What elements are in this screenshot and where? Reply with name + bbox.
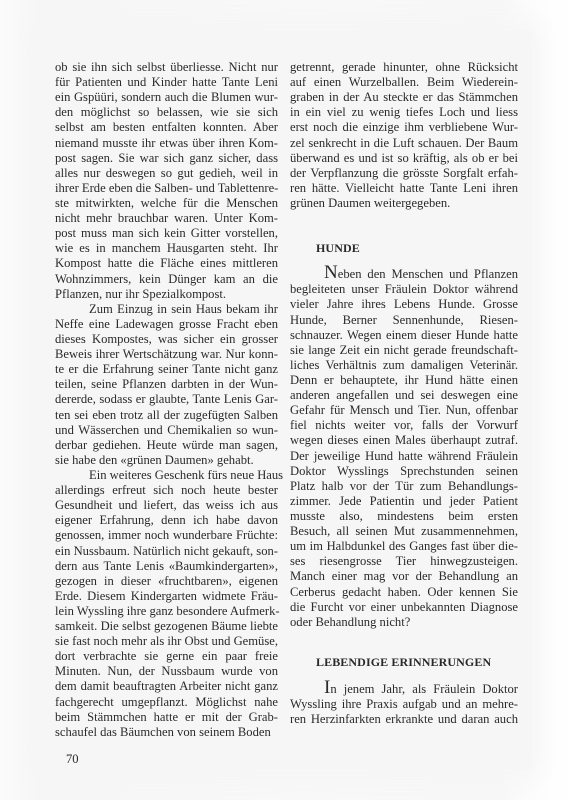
paragraph-line: dem damit beauftragten Arbeiter nicht ga… bbox=[55, 679, 278, 694]
paragraph-line: Wyssling ihre Praxis aufgab und an mehre… bbox=[290, 697, 518, 712]
paragraph-line: ein Gspüüri, sondern auch die Blumen wur… bbox=[55, 90, 278, 105]
book-page: ob sie ihn sich selbst überliesse. Nicht… bbox=[0, 0, 574, 800]
paragraph-line: liches Verhältnis zum damaligen Veterinä… bbox=[290, 358, 518, 373]
paragraph-line: ob sie ihn sich selbst überliesse. Nicht… bbox=[55, 60, 278, 75]
paragraph-line: Ein weiteres Geschenk fürs neue Haus bbox=[55, 468, 278, 483]
paragraph-line: samkeit. Die selbst gezogenen Bäume lieb… bbox=[55, 619, 278, 634]
paragraph-line: gezogen in dieser «fruchtbaren», eigenen bbox=[55, 574, 278, 589]
paragraph-line: ein Nussbaum. Natürlich nicht gekauft, s… bbox=[55, 544, 278, 559]
paragraph-line: teilen, seine Pflanzen darbten in der Wu… bbox=[55, 377, 278, 392]
paragraph-line: auf einen Wurzelballen. Beim Wiederein- bbox=[290, 75, 518, 90]
section-heading-hunde: HUNDE bbox=[290, 241, 518, 256]
paragraph-line: te er die Erfahrung seiner Tante nicht g… bbox=[55, 362, 278, 377]
paragraph-line: Pflanzen, nur ihr Spezialkompost. bbox=[55, 287, 278, 302]
paragraph-line: erst noch die einzige ihm verbliebene Wu… bbox=[290, 120, 518, 135]
section-heading-lebendige-erinnerungen: LEBENDIGE ERINNERUNGEN bbox=[290, 655, 518, 670]
right-intro-paragraph: getrennt, gerade hinunter, ohne Rücksich… bbox=[290, 60, 518, 211]
paragraph-line: Erde. Diesem Kindergarten widmete Fräu- bbox=[55, 589, 278, 604]
right-column: getrennt, gerade hinunter, ohne Rücksich… bbox=[290, 60, 518, 727]
paragraph-line: Hunde, Berner Sennenhunde, Riesen- bbox=[290, 313, 518, 328]
paragraph-line: sie fast noch mehr als ihr Obst und Gemü… bbox=[55, 634, 278, 649]
paragraph-line: getrennt, gerade hinunter, ohne Rücksich… bbox=[290, 60, 518, 75]
paragraph-line: die Furcht vor einer unbekannten Diagnos… bbox=[290, 600, 518, 615]
paragraph-line: ren Herzinfarkten erkrankte und daran au… bbox=[290, 712, 518, 727]
paragraph-line: niemand musste ihr etwas über ihren Kom- bbox=[55, 136, 278, 151]
paragraph-line: dort verbrachte sie gerne ein paar freie bbox=[55, 649, 278, 664]
paragraph-line: ihrer Erde eben die Salben- und Tablette… bbox=[55, 181, 278, 196]
paragraph-line: begleiteten unser Fräulein Doktor währen… bbox=[290, 282, 518, 297]
paragraph-line: wie es in manchem Hausgarten steht. Ihr bbox=[55, 241, 278, 256]
paragraph-line: beim Stämmchen hatte er mit der Grab- bbox=[55, 710, 278, 725]
paragraph-line: ten sei eben trotz all der zugefügten Sa… bbox=[55, 408, 278, 423]
paragraph-line: nicht mehr brauchbar waren. Unter Kom- bbox=[55, 211, 278, 226]
paragraph-line: sie habe den «grünen Daumen» gehabt. bbox=[55, 453, 278, 468]
paragraph-line: zel senkrecht in die Luft schauen. Der B… bbox=[290, 136, 518, 151]
paragraph-line: Gesundheit und liefert, das weiss ich au… bbox=[55, 498, 278, 513]
paragraph-line: dieses Kompostes, was sicher ein grosser bbox=[55, 332, 278, 347]
paragraph-line: Cerberus gedacht haben. Oder kennen Sie bbox=[290, 585, 518, 600]
paragraph-line: zimmer. Jede Patientin und jeder Patient bbox=[290, 494, 518, 509]
paragraph-line: schaufel das Bäumchen von seinem Boden bbox=[55, 725, 278, 740]
paragraph-line: post muss man sich kein Gitter vorstelle… bbox=[55, 226, 278, 241]
paragraph-line: Neffe eine Ladewagen grosse Fracht eben bbox=[55, 317, 278, 332]
paragraph-line: anderen angefallen und sei deswegen eine bbox=[290, 388, 518, 403]
paragraph-line: schnauzer. Wegen einem dieser Hunde hatt… bbox=[290, 328, 518, 343]
paragraph-line: fachgerecht umgepflanzt. Möglichst nahe bbox=[55, 695, 278, 710]
drop-cap: N bbox=[324, 262, 338, 283]
paragraph-line: alles nur deswegen so gut gedieh, weil i… bbox=[55, 166, 278, 181]
paragraph-line: oder Behandlung nicht? bbox=[290, 615, 518, 630]
paragraph-line: In jenem Jahr, als Fräulein Doktor bbox=[290, 682, 518, 697]
paragraph-line: und Wässerchen und Chemikalien so wun- bbox=[55, 423, 278, 438]
paragraph-line: den möglichst so belassen, wie sie sich bbox=[55, 105, 278, 120]
paragraph-line: post sagen. Sie war sich ganz sicher, da… bbox=[55, 151, 278, 166]
paragraph-line: ses riesengrosse Tier hinwegzusteigen. bbox=[290, 554, 518, 569]
paragraph-line: Gefahr für Mensch und Tier. Nun, offenba… bbox=[290, 403, 518, 418]
paragraph-line: musste also, mindestens beim ersten bbox=[290, 509, 518, 524]
paragraph-line: dern aus Tante Lenis «Baumkindergarten», bbox=[55, 559, 278, 574]
page-number: 70 bbox=[66, 752, 79, 767]
paragraph-line: vieler Jahre ihres Lebens Hunde. Grosse bbox=[290, 297, 518, 312]
paragraph-line: Der jeweilige Hund hatte während Fräulei… bbox=[290, 449, 518, 464]
paragraph-line: für Patienten und Kinder hatte Tante Len… bbox=[55, 75, 278, 90]
paragraph-line: Beweis ihrer Wertschätzung war. Nur konn… bbox=[55, 347, 278, 362]
paragraph-line: grünen Daumen weitergegeben. bbox=[290, 196, 518, 211]
paragraph-line: fiel nichts weiter vor, falls der Vorwur… bbox=[290, 418, 518, 433]
paragraph-line: derbar gediehen. Heute würde man sagen, bbox=[55, 438, 278, 453]
paragraph-line: Kompost hatte die Fläche eines mittleren bbox=[55, 256, 278, 271]
paragraph-line: um im Halbdunkel des Ganges fast über di… bbox=[290, 539, 518, 554]
paragraph-line: graben in der Au steckte er das Stämmche… bbox=[290, 90, 518, 105]
paragraph-line: allerdings erfreut sich noch heute beste… bbox=[55, 483, 278, 498]
paragraph-line: Besuch, all seinen Mut zusammennehmen, bbox=[290, 524, 518, 539]
paragraph-line: Denn er behauptete, ihr Hund hätte einen bbox=[290, 373, 518, 388]
erinnerungen-paragraph: In jenem Jahr, als Fräulein Doktor Wyssl… bbox=[290, 682, 518, 727]
hunde-paragraph: Neben den Menschen und Pflanzen begleite… bbox=[290, 267, 518, 630]
paragraph-line: selbst am besten entfalten konnten. Aber bbox=[55, 120, 278, 135]
paragraph-line: überwand es und ist so kräftig, als ob e… bbox=[290, 151, 518, 166]
paragraph-line: Wohnzimmers, kein Dünger kam an die bbox=[55, 272, 278, 287]
paragraph-line: Minuten. Nun, der Nussbaum wurde von bbox=[55, 664, 278, 679]
paragraph-line: wegen dieses einen Males überhaupt zutra… bbox=[290, 433, 518, 448]
paragraph-line: Neben den Menschen und Pflanzen bbox=[290, 267, 518, 282]
paragraph-line: Zum Einzug in sein Haus bekam ihr bbox=[55, 302, 278, 317]
left-column: ob sie ihn sich selbst überliesse. Nicht… bbox=[55, 60, 278, 740]
paragraph-line: Doktor Wysslings Sprechstunden seinen bbox=[290, 464, 518, 479]
paragraph-line: dererde, sodass er glaubte, Tante Lenis … bbox=[55, 392, 278, 407]
paragraph-line: Platz halb vor der Tür zum Behandlungs- bbox=[290, 479, 518, 494]
paragraph-line: lein Wyssling ihre ganz besondere Aufmer… bbox=[55, 604, 278, 619]
paragraph-line: der Verpflanzung die grösste Sorgfalt er… bbox=[290, 166, 518, 181]
paragraph-line: sie lange Zeit ein nicht gerade freundsc… bbox=[290, 343, 518, 358]
paragraph-line: eigener Erfahrung, denn ich habe davon bbox=[55, 513, 278, 528]
paragraph-line: Manch einer mag vor der Behandlung an bbox=[290, 569, 518, 584]
paragraph-line: ste mitwirkten, welche für die Menschen bbox=[55, 196, 278, 211]
paragraph-line: ren hätte. Vielleicht hatte Tante Leni i… bbox=[290, 181, 518, 196]
paragraph-line: genossen, immer noch wunderbare Früchte: bbox=[55, 528, 278, 543]
paragraph-line: in ein viel zu wenig tiefes Loch und lie… bbox=[290, 105, 518, 120]
